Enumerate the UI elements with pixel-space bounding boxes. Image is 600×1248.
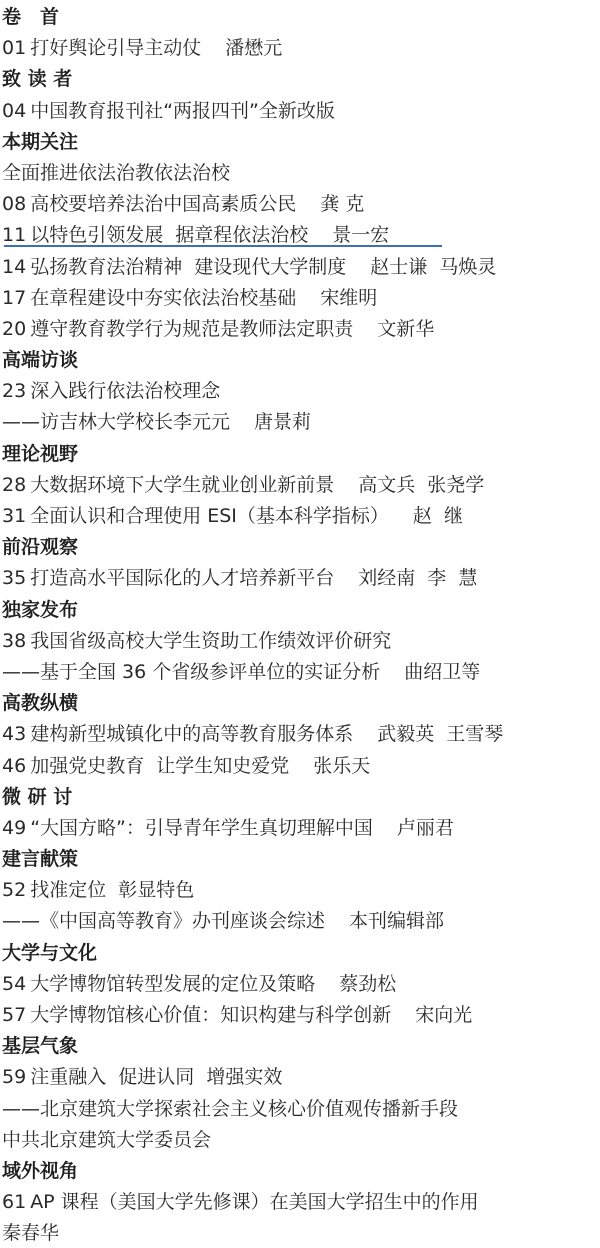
- article-author: 武毅英 王雪琴: [377, 723, 503, 745]
- page-number: 31: [2, 505, 26, 527]
- page-number: 23: [2, 380, 26, 402]
- toc-entry: 54大学博物馆转型发展的定位及策略蔡劲松: [2, 969, 598, 1000]
- toc-entry: ——访吉林大学校长李元元唐景莉: [2, 407, 598, 438]
- toc-entry: ——基于全国 36 个省级参评单位的实证分析曲绍卫等: [2, 657, 598, 688]
- toc-entry: 46加强党史教育 让学生知史爱党张乐天: [2, 751, 598, 782]
- section-heading: 域外视角: [2, 1156, 598, 1187]
- page-number: 57: [2, 1004, 26, 1026]
- article-author: 高文兵 张尧学: [358, 474, 484, 496]
- page-number: 43: [2, 723, 26, 745]
- article-title: 深入践行依法治校理念: [30, 380, 220, 402]
- toc-entry: ——北京建筑大学探索社会主义核心价值观传播新手段: [2, 1094, 598, 1125]
- article-title: 打好舆论引导主动仗: [30, 37, 201, 59]
- section-heading: 理论视野: [2, 439, 598, 470]
- section-heading: 微 研 讨: [2, 782, 598, 813]
- article-title: 遵守教育教学行为规范是教师法定职责: [30, 318, 353, 340]
- page-number: 61: [2, 1191, 26, 1213]
- toc-entry: 秦春华: [2, 1218, 598, 1248]
- article-title: 全面推进依法治教依法治校: [2, 162, 230, 184]
- article-title: ——北京建筑大学探索社会主义核心价值观传播新手段: [2, 1098, 458, 1120]
- article-author: 唐景莉: [254, 411, 311, 433]
- article-author: 文新华: [377, 318, 434, 340]
- article-author: 宋向光: [415, 1004, 472, 1026]
- article-title: 我国省级高校大学生资助工作绩效评价研究: [30, 630, 391, 652]
- article-title: 弘扬教育法治精神 建设现代大学制度: [30, 256, 346, 278]
- section-heading: 前沿观察: [2, 532, 598, 563]
- article-title: 找准定位 彰显特色: [30, 879, 194, 901]
- article-title: 建构新型城镇化中的高等教育服务体系: [30, 723, 353, 745]
- article-author: 龚 克: [320, 193, 364, 215]
- toc-entry: 全面推进依法治教依法治校: [2, 158, 598, 189]
- toc-entry: 49“大国方略”：引导青年学生真切理解中国卢丽君: [2, 813, 598, 844]
- toc-entry: 中共北京建筑大学委员会: [2, 1125, 598, 1156]
- toc-entry: ——《中国高等教育》办刊座谈会综述本刊编辑部: [2, 906, 598, 937]
- highlight-underline: [4, 245, 442, 247]
- section-heading: 大学与文化: [2, 938, 598, 969]
- article-title: ——《中国高等教育》办刊座谈会综述: [2, 910, 325, 932]
- section-heading: 基层气象: [2, 1031, 598, 1062]
- article-author: 刘经南 李 慧: [358, 567, 477, 589]
- toc-entry: 57大学博物馆核心价值：知识构建与科学创新宋向光: [2, 1000, 598, 1031]
- toc-entry: 38我国省级高校大学生资助工作绩效评价研究: [2, 626, 598, 657]
- toc-entry: 23深入践行依法治校理念: [2, 376, 598, 407]
- toc-entry: 59注重融入 促进认同 增强实效: [2, 1062, 598, 1093]
- article-title: 中共北京建筑大学委员会: [2, 1129, 211, 1151]
- article-author: 景一宏: [332, 224, 389, 246]
- page-number: 14: [2, 256, 26, 278]
- section-heading: 卷 首: [2, 2, 598, 33]
- section-heading: 致 读 者: [2, 64, 598, 95]
- article-title: 全面认识和合理使用 ESI（基本科学指标）: [30, 505, 389, 527]
- section-heading: 高端访谈: [2, 345, 598, 376]
- table-of-contents: 卷 首01打好舆论引导主动仗潘懋元致 读 者04中国教育报刊社“两报四刊”全新改…: [2, 2, 598, 1248]
- article-title: 加强党史教育 让学生知史爱党: [30, 755, 289, 777]
- page-number: 54: [2, 973, 26, 995]
- toc-entry: 08高校要培养法治中国高素质公民龚 克: [2, 189, 598, 220]
- article-author: 张乐天: [313, 755, 370, 777]
- article-author: 曲绍卫等: [404, 661, 480, 683]
- article-author: 潘懋元: [225, 37, 282, 59]
- article-title: 以特色引领发展 据章程依法治校: [30, 224, 308, 246]
- page-number: 08: [2, 193, 26, 215]
- page-number: 28: [2, 474, 26, 496]
- article-title: 注重融入 促进认同 增强实效: [30, 1066, 282, 1088]
- section-heading: 本期关注: [2, 127, 598, 158]
- toc-entry: 61AP 课程（美国大学先修课）在美国大学招生中的作用: [2, 1187, 598, 1218]
- section-heading: 建言献策: [2, 844, 598, 875]
- page-number: 01: [2, 37, 26, 59]
- article-author: 本刊编辑部: [349, 910, 444, 932]
- page-number: 17: [2, 287, 26, 309]
- toc-entry: 35打造高水平国际化的人才培养新平台刘经南 李 慧: [2, 563, 598, 594]
- toc-entry: 04中国教育报刊社“两报四刊”全新改版: [2, 96, 598, 127]
- page-number: 38: [2, 630, 26, 652]
- section-heading: 高教纵横: [2, 688, 598, 719]
- article-author: 赵士谦 马焕灵: [370, 256, 496, 278]
- page-number: 49: [2, 817, 26, 839]
- page-number: 52: [2, 879, 26, 901]
- toc-entry: 14弘扬教育法治精神 建设现代大学制度赵士谦 马焕灵: [2, 252, 598, 283]
- section-heading: 独家发布: [2, 595, 598, 626]
- article-title: 大学博物馆核心价值：知识构建与科学创新: [30, 1004, 391, 1026]
- toc-entry: 20遵守教育教学行为规范是教师法定职责文新华: [2, 314, 598, 345]
- article-author: 宋维明: [320, 287, 377, 309]
- page-number: 11: [2, 224, 26, 246]
- article-title: ——访吉林大学校长李元元: [2, 411, 230, 433]
- article-title: ——基于全国 36 个省级参评单位的实证分析: [2, 661, 380, 683]
- article-title: AP 课程（美国大学先修课）在美国大学招生中的作用: [30, 1191, 479, 1213]
- article-title: 秦春华: [2, 1222, 59, 1244]
- toc-entry: 17在章程建设中夯实依法治校基础宋维明: [2, 283, 598, 314]
- article-title: 大数据环境下大学生就业创业新前景: [30, 474, 334, 496]
- toc-entry: 52找准定位 彰显特色: [2, 875, 598, 906]
- page-number: 04: [2, 100, 26, 122]
- toc-entry: 28大数据环境下大学生就业创业新前景高文兵 张尧学: [2, 470, 598, 501]
- article-title: 高校要培养法治中国高素质公民: [30, 193, 296, 215]
- page-number: 20: [2, 318, 26, 340]
- article-title: 中国教育报刊社“两报四刊”全新改版: [30, 100, 335, 122]
- article-author: 蔡劲松: [339, 973, 396, 995]
- toc-entry: 43建构新型城镇化中的高等教育服务体系武毅英 王雪琴: [2, 719, 598, 750]
- toc-entry: 31全面认识和合理使用 ESI（基本科学指标）赵 继: [2, 501, 598, 532]
- article-author: 卢丽君: [397, 817, 454, 839]
- page-number: 59: [2, 1066, 26, 1088]
- article-title: 打造高水平国际化的人才培养新平台: [30, 567, 334, 589]
- page-number: 46: [2, 755, 26, 777]
- article-title: 大学博物馆转型发展的定位及策略: [30, 973, 315, 995]
- article-title: 在章程建设中夯实依法治校基础: [30, 287, 296, 309]
- article-author: 赵 继: [413, 505, 463, 527]
- toc-entry: 01打好舆论引导主动仗潘懋元: [2, 33, 598, 64]
- article-title: “大国方略”：引导青年学生真切理解中国: [30, 817, 373, 839]
- page-number: 35: [2, 567, 26, 589]
